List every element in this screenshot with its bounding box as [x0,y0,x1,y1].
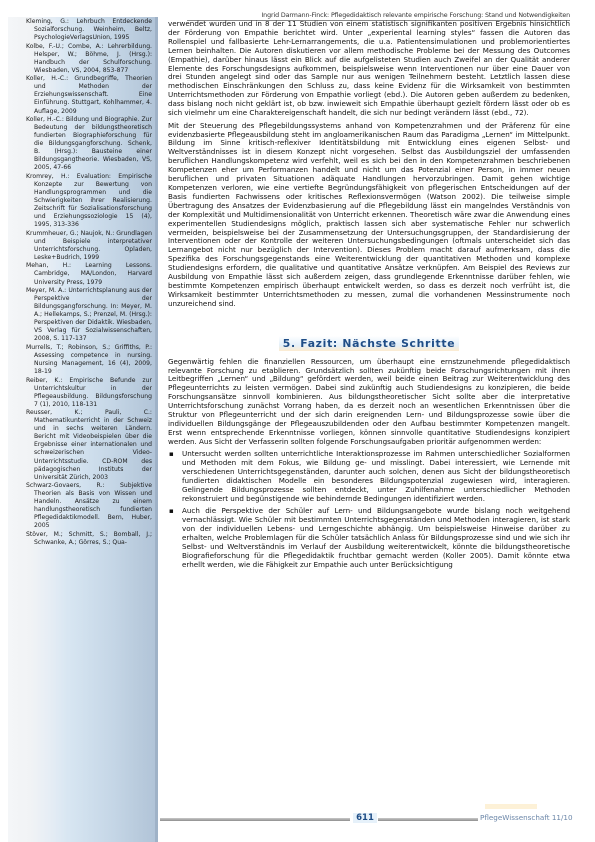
reference-item: Koller, H.-C.: Bildung und Biographie. Z… [26,116,152,172]
bullet-icon: ▪ [169,450,174,459]
list-item-text: Auch die Perspektive der Schüler auf Ler… [182,506,570,568]
reference-item: Kleming, G.: Lehrbuch Entdeckende Sozial… [26,18,152,42]
main-text-column: verwendet wurden und in 8 der 11 Studien… [168,20,570,574]
reference-item: Koller, H.-C.: Grundbegriffe, Theorien u… [26,75,152,115]
body-paragraph: Mit der Steuerung des Pflegebildungssyst… [168,122,570,309]
reference-item: Mehan, H.: Learning Lessons. Cambridge, … [26,262,152,286]
section-heading: 5. Fazit: Nächste Schritte [168,340,570,349]
journal-issue-text: PflegeWissenschaft 11/10 [480,813,573,822]
reference-item: Murrells, T.; Robinson, S.; Griffiths, P… [26,344,152,376]
sidebar-edge [155,17,158,842]
reference-item: Reiber, K.: Empirische Befunde zur Unter… [26,377,152,409]
list-item: ▪ Untersucht werden sollten unterrichtli… [168,450,570,503]
reference-item: Kolbe, F.-U.; Combe, A.: Lehrerbildung. … [26,43,152,75]
research-tasks-list: ▪ Untersucht werden sollten unterrichtli… [168,450,570,569]
journal-issue: PflegeWissenschaft 11/10 [480,813,580,822]
reference-item: Reusser, K.; Pauli, C.: Mathematikunterr… [26,409,152,481]
page-footer: 611 PflegeWissenschaft 11/10 [160,814,580,826]
section-heading-text: 5. Fazit: Nächste Schritte [279,336,459,351]
body-paragraph: verwendet wurden und in 8 der 11 Studien… [168,20,570,118]
footer-rule-left [160,818,350,821]
list-item: ▪ Auch die Perspektive der Schüler auf L… [168,507,570,569]
reference-item: Krummheuer, G.; Naujok, N.: Grundlagen u… [26,230,152,262]
list-item-text: Untersucht werden sollten unterrichtlich… [182,449,570,503]
reference-item: Kromrey, H.: Evaluation: Empirische Konz… [26,173,152,229]
footer-rule-right [378,818,478,821]
reference-item: Schwarz-Govaers, R.: Subjektive Theorien… [26,482,152,530]
reference-item: Stöver, M.; Schmitt, S.; Bomball, J.; Sc… [26,531,152,547]
journal-highlight [485,804,537,809]
page-number: 611 [353,813,377,823]
reference-item: Meyer, M. A.: Unterrichtsplanung aus der… [26,287,152,343]
reference-list: Kleming, G.: Lehrbuch Entdeckende Sozial… [26,18,152,548]
body-paragraph: Gegenwärtig fehlen die finanziellen Ress… [168,358,570,447]
bullet-icon: ▪ [169,507,174,516]
